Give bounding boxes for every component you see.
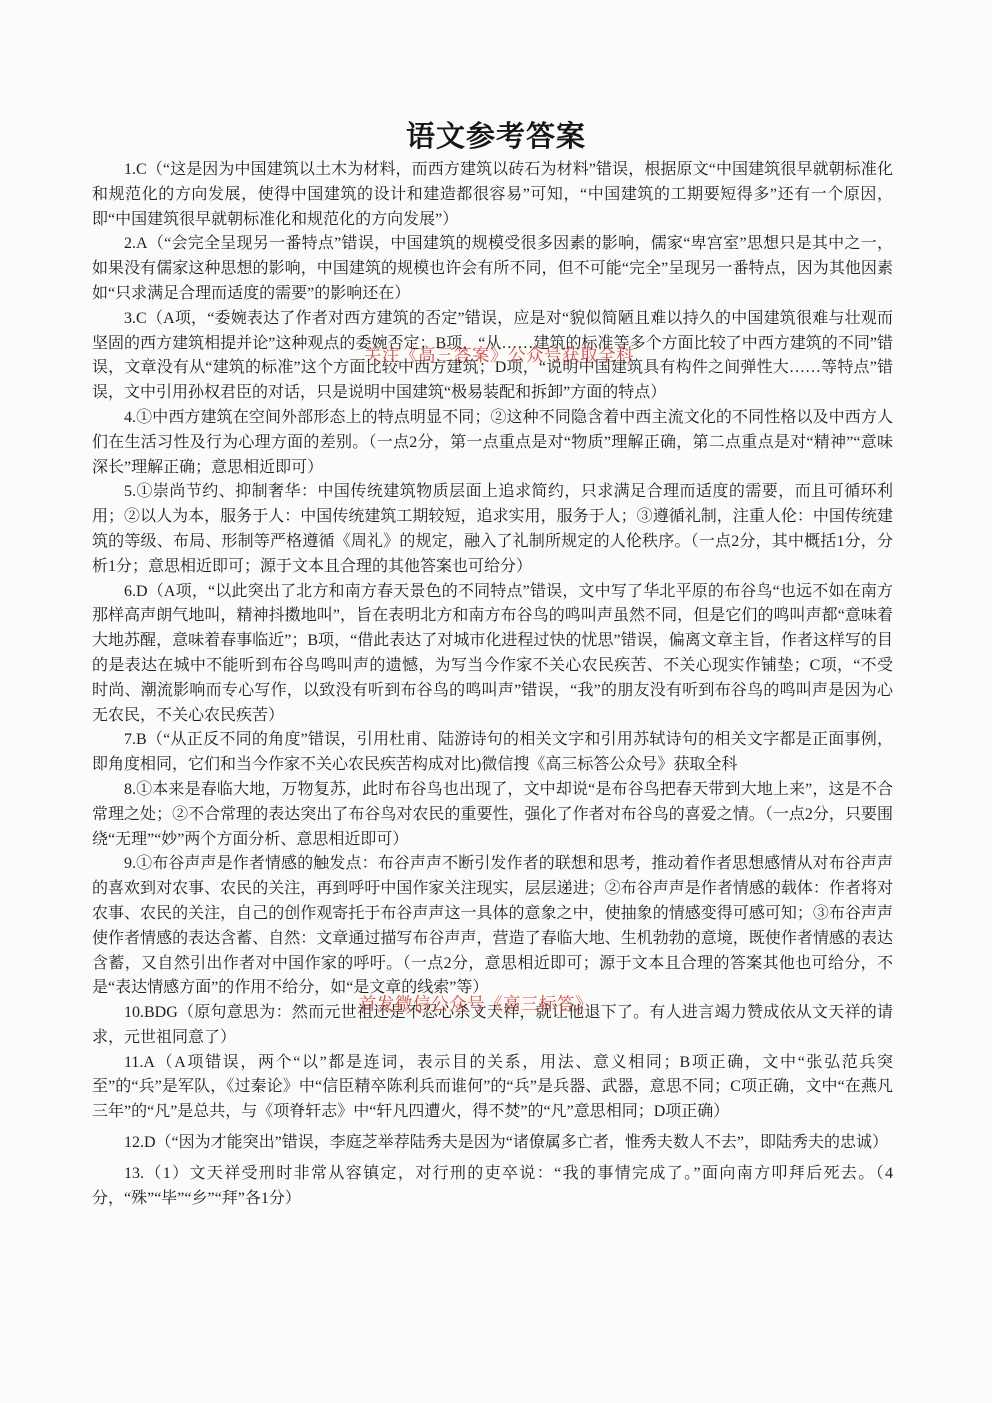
answer-item-3: 3.C（A项，“委婉表达了作者对西方建筑的否定”错误，应是对“貌似简陋且难以持久… — [92, 307, 893, 406]
answer-item-1: 1.C（“这是因为中国建筑以土木为材料，而西方建筑以砖石为材料”错误，根据原文“… — [92, 158, 893, 232]
answer-item-2: 2.A（“会完全呈现另一番特点”错误，中国建筑的规模受很多因素的影响，儒家“卑宫… — [92, 232, 893, 306]
answer-item-10: 10.BDG（原句意思为：然而元世祖还是不忍心杀文天祥，就让他退下了。有人进言竭… — [92, 1001, 893, 1051]
answer-item-7: 7.B（“从正反不同的角度”错误，引用杜甫、陆游诗句的相关文字和引用苏轼诗句的相… — [92, 728, 893, 778]
answers-body: 1.C（“这是因为中国建筑以土木为材料，而西方建筑以砖石为材料”错误，根据原文“… — [92, 158, 893, 1211]
answer-item-5: 5.①崇尚节约、抑制奢华：中国传统建筑物质层面上追求简约，只求满足合理而适度的需… — [92, 480, 893, 579]
answer-item-6: 6.D（A项，“以此突出了北方和南方春天景色的不同特点”错误，文中写了华北平原的… — [92, 580, 893, 729]
answer-item-9: 9.①布谷声声是作者情感的触发点：布谷声声不断引发作者的联想和思考，推动着作者思… — [92, 852, 893, 1001]
answer-item-12: 12.D（“因为才能突出”错误，李庭芝举荐陆秀夫是因为“诸僚属多亡者，惟秀夫数人… — [92, 1131, 893, 1156]
answer-item-4: 4.①中西方建筑在空间外部形态上的特点明显不同；②这种不同隐含着中西主流文化的不… — [92, 406, 893, 480]
answer-item-8: 8.①本来是春临大地，万物复苏，此时布谷鸟也出现了，文中却说“是布谷鸟把春天带到… — [92, 778, 893, 852]
answer-item-11: 11.A（A项错误，两个“以”都是连词，表示目的关系，用法、意义相同；B项正确，… — [92, 1051, 893, 1125]
page-title: 语文参考答案 — [0, 114, 992, 155]
answer-item-13: 13.（1）文天祥受刑时非常从容镇定，对行刑的吏卒说：“我的事情完成了。”面向南… — [92, 1162, 893, 1212]
answer-sheet-page: 语文参考答案 1.C（“这是因为中国建筑以土木为材料，而西方建筑以砖石为材料”错… — [0, 0, 992, 1403]
